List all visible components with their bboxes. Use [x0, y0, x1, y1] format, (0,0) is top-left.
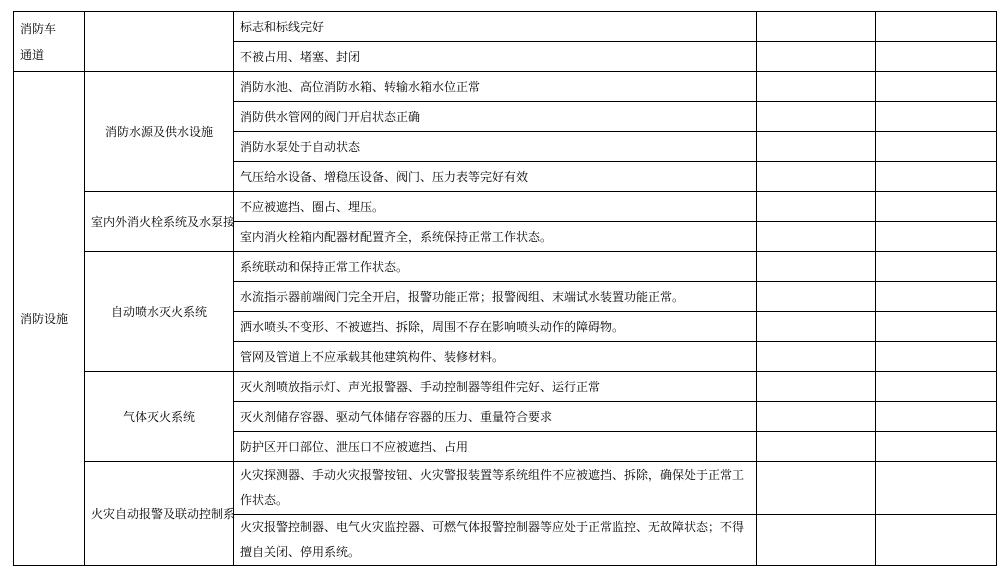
remark-cell[interactable]	[876, 132, 997, 162]
group-cell-empty	[85, 12, 234, 72]
check-cell[interactable]	[757, 342, 876, 372]
item-cell: 系统联动和保持正常工作状态。	[234, 252, 757, 282]
category-label-line: 消防车	[20, 22, 56, 36]
category-label-line: 通道	[20, 48, 44, 62]
table-row: 消防车 通道 标志和标线完好	[14, 12, 997, 42]
group-cell-fire-alarm-system: 火灾自动报警及联动控制系统	[85, 462, 234, 566]
remark-cell[interactable]	[876, 162, 997, 192]
item-cell: 消防供水管网的阀门开启状态正确	[234, 102, 757, 132]
check-cell[interactable]	[757, 252, 876, 282]
remark-cell[interactable]	[876, 312, 997, 342]
check-cell[interactable]	[757, 72, 876, 102]
check-cell[interactable]	[757, 132, 876, 162]
item-cell: 不应被遮挡、圈占、埋压。	[234, 192, 757, 222]
check-cell[interactable]	[757, 162, 876, 192]
group-cell-gas-extinguishing: 气体灭火系统	[85, 372, 234, 462]
fire-safety-checklist-table: 消防车 通道 标志和标线完好 不被占用、堵塞、封闭 消防设施 消防水源及供水设施…	[13, 11, 997, 566]
group-cell-water-supply: 消防水源及供水设施	[85, 72, 234, 192]
item-cell: 灭火剂喷放指示灯、声光报警器、手动控制器等组件完好、运行正常	[234, 372, 757, 402]
item-cell: 气压给水设备、增稳压设备、阀门、压力表等完好有效	[234, 162, 757, 192]
remark-cell[interactable]	[876, 462, 997, 515]
remark-cell[interactable]	[876, 192, 997, 222]
remark-cell[interactable]	[876, 515, 997, 566]
item-cell: 管网及管道上不应承载其他建筑构件、装修材料。	[234, 342, 757, 372]
group-cell-hydrant-system: 室内外消火栓系统及水泵接合器	[85, 192, 234, 252]
remark-cell[interactable]	[876, 72, 997, 102]
category-cell-fire-lane: 消防车 通道	[14, 12, 85, 72]
remark-cell[interactable]	[876, 222, 997, 252]
remark-cell[interactable]	[876, 282, 997, 312]
remark-cell[interactable]	[876, 432, 997, 462]
table-row: 室内外消火栓系统及水泵接合器 不应被遮挡、圈占、埋压。	[14, 192, 997, 222]
item-cell: 防护区开口部位、泄压口不应被遮挡、占用	[234, 432, 757, 462]
item-cell: 火灾探测器、手动火灾报警按钮、火灾警报装置等系统组件不应被遮挡、拆除，确保处于正…	[234, 462, 757, 515]
remark-cell[interactable]	[876, 252, 997, 282]
item-cell: 消防水泵处于自动状态	[234, 132, 757, 162]
table-row: 气体灭火系统 灭火剂喷放指示灯、声光报警器、手动控制器等组件完好、运行正常	[14, 372, 997, 402]
remark-cell[interactable]	[876, 342, 997, 372]
check-cell[interactable]	[757, 402, 876, 432]
check-cell[interactable]	[757, 102, 876, 132]
group-cell-sprinkler-system: 自动喷水灭火系统	[85, 252, 234, 372]
item-cell: 水流指示器前端阀门完全开启，报警功能正常；报警阀组、末端试水装置功能正常。	[234, 282, 757, 312]
check-cell[interactable]	[757, 12, 876, 42]
check-cell[interactable]	[757, 222, 876, 252]
check-cell[interactable]	[757, 515, 876, 566]
check-cell[interactable]	[757, 312, 876, 342]
check-cell[interactable]	[757, 192, 876, 222]
table-row: 自动喷水灭火系统 系统联动和保持正常工作状态。	[14, 252, 997, 282]
item-cell: 火灾报警控制器、电气火灾监控器、可燃气体报警控制器等应处于正常监控、无故障状态；…	[234, 515, 757, 566]
item-cell: 室内消火栓箱内配器材配置齐全，系统保持正常工作状态。	[234, 222, 757, 252]
check-cell[interactable]	[757, 462, 876, 515]
check-cell[interactable]	[757, 282, 876, 312]
remark-cell[interactable]	[876, 372, 997, 402]
item-cell: 消防水池、高位消防水箱、转输水箱水位正常	[234, 72, 757, 102]
check-cell[interactable]	[757, 432, 876, 462]
remark-cell[interactable]	[876, 42, 997, 72]
item-cell: 不被占用、堵塞、封闭	[234, 42, 757, 72]
remark-cell[interactable]	[876, 402, 997, 432]
remark-cell[interactable]	[876, 12, 997, 42]
item-cell: 洒水喷头不变形、不被遮挡、拆除，周围不存在影响喷头动作的障碍物。	[234, 312, 757, 342]
item-cell: 标志和标线完好	[234, 12, 757, 42]
table-row: 消防设施 消防水源及供水设施 消防水池、高位消防水箱、转输水箱水位正常	[14, 72, 997, 102]
remark-cell[interactable]	[876, 102, 997, 132]
table-row: 火灾自动报警及联动控制系统 火灾探测器、手动火灾报警按钮、火灾警报装置等系统组件…	[14, 462, 997, 515]
category-cell-fire-facilities: 消防设施	[14, 72, 85, 566]
check-cell[interactable]	[757, 42, 876, 72]
item-cell: 灭火剂储存容器、驱动气体储存容器的压力、重量符合要求	[234, 402, 757, 432]
check-cell[interactable]	[757, 372, 876, 402]
